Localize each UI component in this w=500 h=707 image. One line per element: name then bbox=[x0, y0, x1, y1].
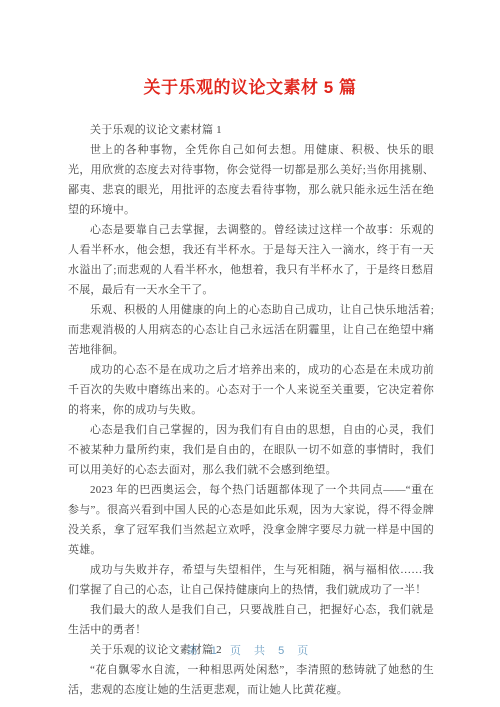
paragraph: 成功与失败并存，希望与失望相伴，生与死相随，祸与福相依……我们掌握了自己的心态，… bbox=[68, 560, 434, 600]
section-heading: 关于乐观的议论文素材篇 1 bbox=[68, 120, 434, 140]
page-number-indicator: 第 1 页 共 5 页 bbox=[187, 645, 314, 657]
paragraph: 2023 年的巴西奥运会，每个热门话题都体现了一个共同点——“重在参与”。很高兴… bbox=[68, 480, 434, 560]
paragraph: 心态是要靠自己去掌握，去调整的。曾经读过这样一个故事：乐观的人看半杯水，他会想，… bbox=[68, 220, 434, 300]
paragraph: 乐观、积极的人用健康的向上的心态助自己成功，让自己快乐地活着;而悲观消极的人用病… bbox=[68, 300, 434, 360]
paragraph: “花自飘零水自流，一种相思两处闲愁”，李清照的愁铸就了她愁的生活，悲观的态度让她… bbox=[68, 660, 434, 700]
paragraph: 世上的各种事物，全凭你自己如何去想。用健康、积极、快乐的眼光，用欣赏的态度去对待… bbox=[68, 140, 434, 220]
document-body: 关于乐观的议论文素材篇 1 世上的各种事物，全凭你自己如何去想。用健康、积极、快… bbox=[68, 120, 434, 700]
document-page: 关于乐观的议论文素材 5 篇 关于乐观的议论文素材篇 1 世上的各种事物，全凭你… bbox=[0, 0, 500, 707]
paragraph: 我们最大的敌人是我们自己，只要战胜自己，把握好心态，我们就是生活中的勇者！ bbox=[68, 600, 434, 640]
page-title: 关于乐观的议论文素材 5 篇 bbox=[0, 0, 500, 100]
paragraph: 成功的心态不是在成功之后才培养出来的，成功的心态是在未成功前千百次的失败中磨练出… bbox=[68, 360, 434, 420]
paragraph: 心态是我们自己掌握的，因为我们有自由的思想，自由的心灵，我们不被某种力量所约束，… bbox=[68, 420, 434, 480]
page-footer: 第 1 页 共 5 页 bbox=[0, 642, 500, 658]
